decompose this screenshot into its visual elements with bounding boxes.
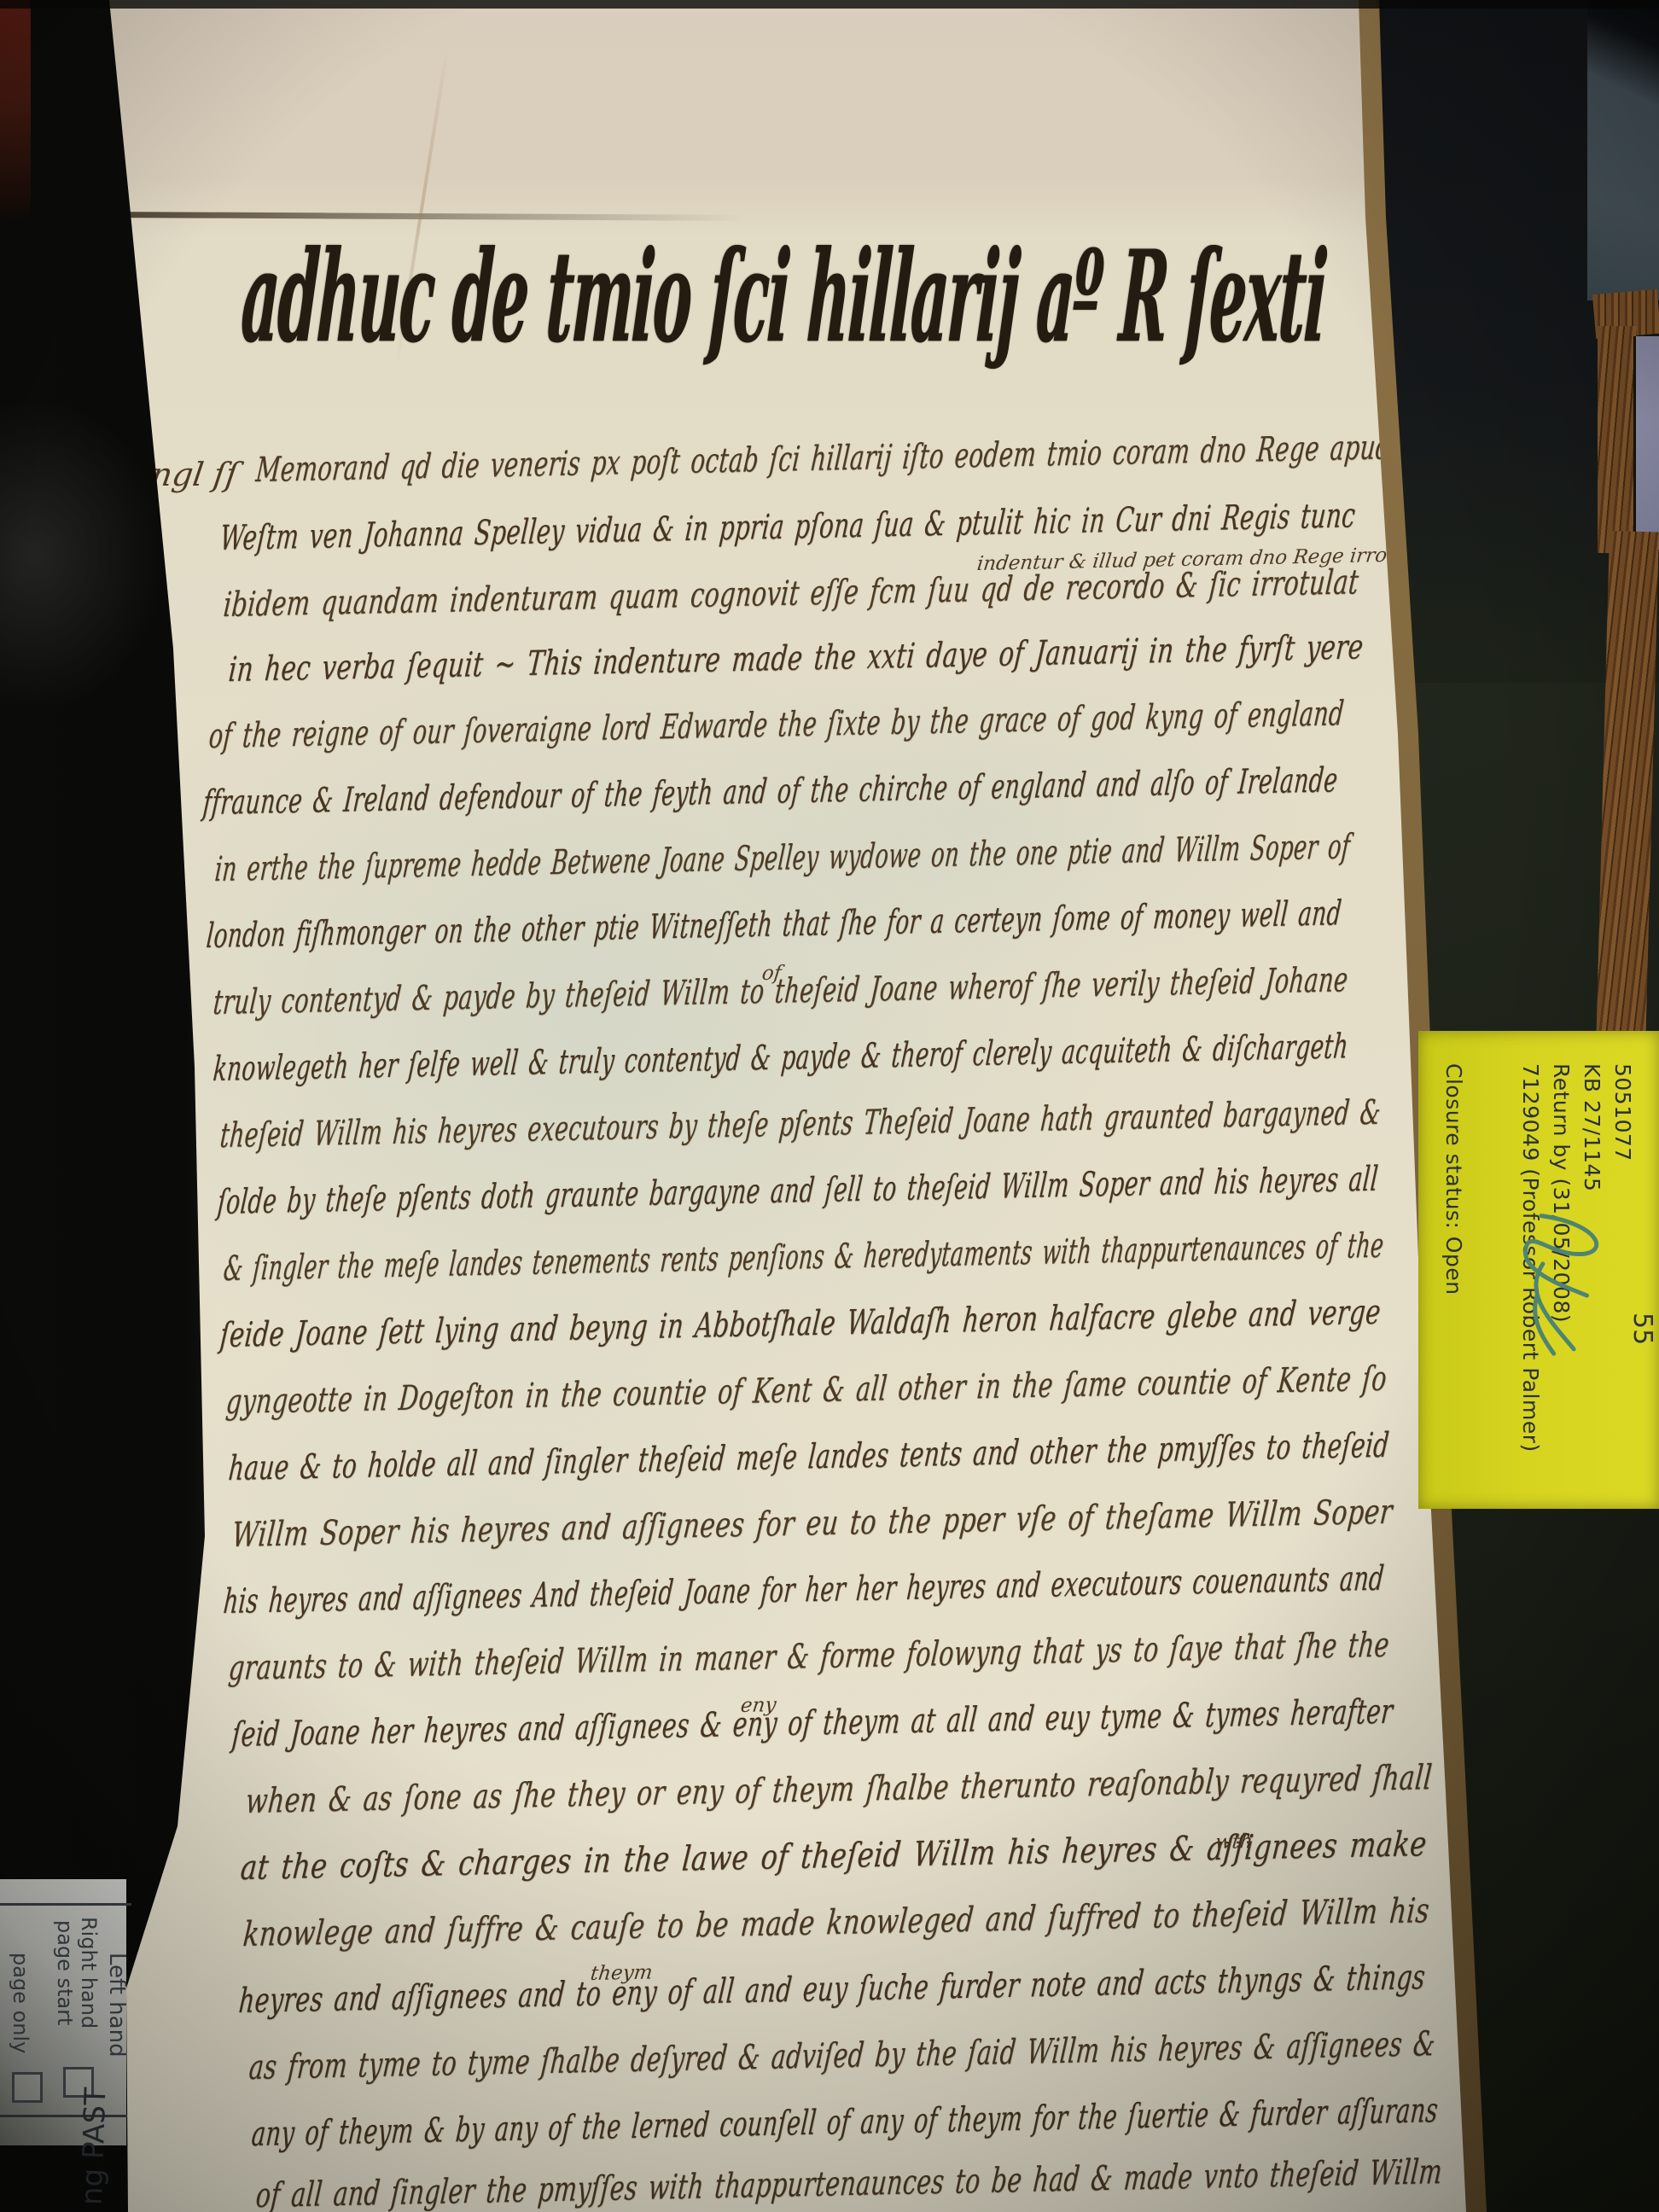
frame-inner-panel: [1633, 336, 1659, 550]
manuscript-line: theſeid Willm his heyres executours by t…: [218, 1093, 1382, 1155]
manuscript-line: gyngeotte in Dogeſton in the countie of …: [224, 1359, 1388, 1422]
manuscript-line: graunts to & with theſeid Willm in maner…: [227, 1626, 1391, 1688]
manuscript-line: his heyres and aſſignees And theſeid Joa…: [222, 1559, 1386, 1621]
closure-status: Closure status: Open: [1441, 1063, 1466, 1295]
wood-frame-side: [1598, 326, 1637, 553]
note-order-number: 5051077: [1610, 1063, 1635, 1161]
manuscript-line: knowlege and ſuffre & cauſe to be made k…: [242, 1891, 1431, 1954]
card-handwritten-note: ng PAST: [75, 2093, 114, 2205]
manuscript-line: Willm Soper his heyres and aſſignees for…: [230, 1493, 1394, 1555]
card-label-left-hand: Left hand: [104, 1953, 130, 2058]
slate-panel: [1587, 0, 1659, 300]
manuscript-line: ſeid Joane her heyres and aſſignees & en…: [230, 1692, 1394, 1755]
manuscript-line: ffraunce & Ireland defendour of the feyt…: [201, 760, 1339, 823]
note-document-ref: KB 27/1145: [1580, 1063, 1604, 1191]
manuscript-line: london fiſhmonger on the other ptie Witn…: [205, 894, 1343, 956]
manuscript-line: of all and ſingler the pmyſſes with thap…: [254, 2152, 1444, 2212]
photography-card: Left hand Right hand page start page onl…: [0, 1879, 126, 2145]
signature-squiggle-icon: [1496, 1200, 1628, 1376]
archive-note-face: 5051077 KB 27/1145 Return by (31/05/2008…: [1418, 1031, 1659, 1509]
interlinear-word: eny: [739, 1694, 777, 1717]
maroon-object: [0, 0, 31, 222]
manuscript-line: when & as ſone as ſhe they or eny of the…: [244, 1758, 1434, 1821]
manuscript-line: in hec verba ſequit ~ This indenture mad…: [227, 627, 1365, 690]
manuscript-line: as from tyme to tyme ſhalbe deſyred & ad…: [247, 2024, 1437, 2087]
photography-card-face: Left hand Right hand page start page onl…: [0, 1879, 126, 2145]
interlinear-word: wth: [1214, 1831, 1254, 1854]
interlinear-word: of: [760, 962, 782, 985]
manuscript-line: ſolde by theſe pſents doth graunte barga…: [216, 1160, 1380, 1222]
interlinear-word: theym: [589, 1961, 654, 1985]
manuscript-line: & ſingler the meſe landes tenements rent…: [222, 1226, 1385, 1289]
card-label-page-start: page start: [53, 1920, 77, 2025]
manuscript-line: of the reigne of our ſoveraigne lord Edw…: [207, 694, 1346, 756]
manuscript-line: haue & to holde all and ſingler theſeid …: [227, 1426, 1391, 1488]
card-label-right-hand: Right hand: [77, 1917, 101, 2029]
manuscript-line: heyres and aſſignees and to eny of all a…: [237, 1958, 1427, 2021]
card-label-page-only: page only: [9, 1953, 32, 2053]
photo-stage: Left hand Right hand page start page onl…: [0, 0, 1659, 2212]
manuscript-line: ibidem quandam indenturam quam cognovit …: [222, 562, 1360, 625]
roll-heading: adhuc de tmio ſci hillarij aº R ſexti: [238, 224, 911, 371]
top-edge-shadow: [0, 0, 1659, 9]
manuscript-line: knowlegeth her ſelfe well & truly conten…: [212, 1027, 1350, 1089]
manuscript-line: ſeide Joane ſett lying and beyng in Abbo…: [218, 1293, 1382, 1355]
checkbox-page-only: [12, 2072, 43, 2103]
membrane-number: 55: [1627, 1313, 1657, 1345]
card-border-line: [0, 1903, 131, 1906]
membrane-overlap-line: [113, 212, 744, 221]
manuscript-line: Memorand qd die veneris px poſt octab ſc…: [254, 428, 1393, 490]
archive-note: 5051077 KB 27/1145 Return by (31/05/2008…: [1418, 1031, 1659, 1509]
manuscript-line: any of theym & by any of the lerned coun…: [250, 2091, 1440, 2154]
manuscript-line: in erthe the ſupreme hedde Betwene Joane…: [213, 827, 1352, 889]
